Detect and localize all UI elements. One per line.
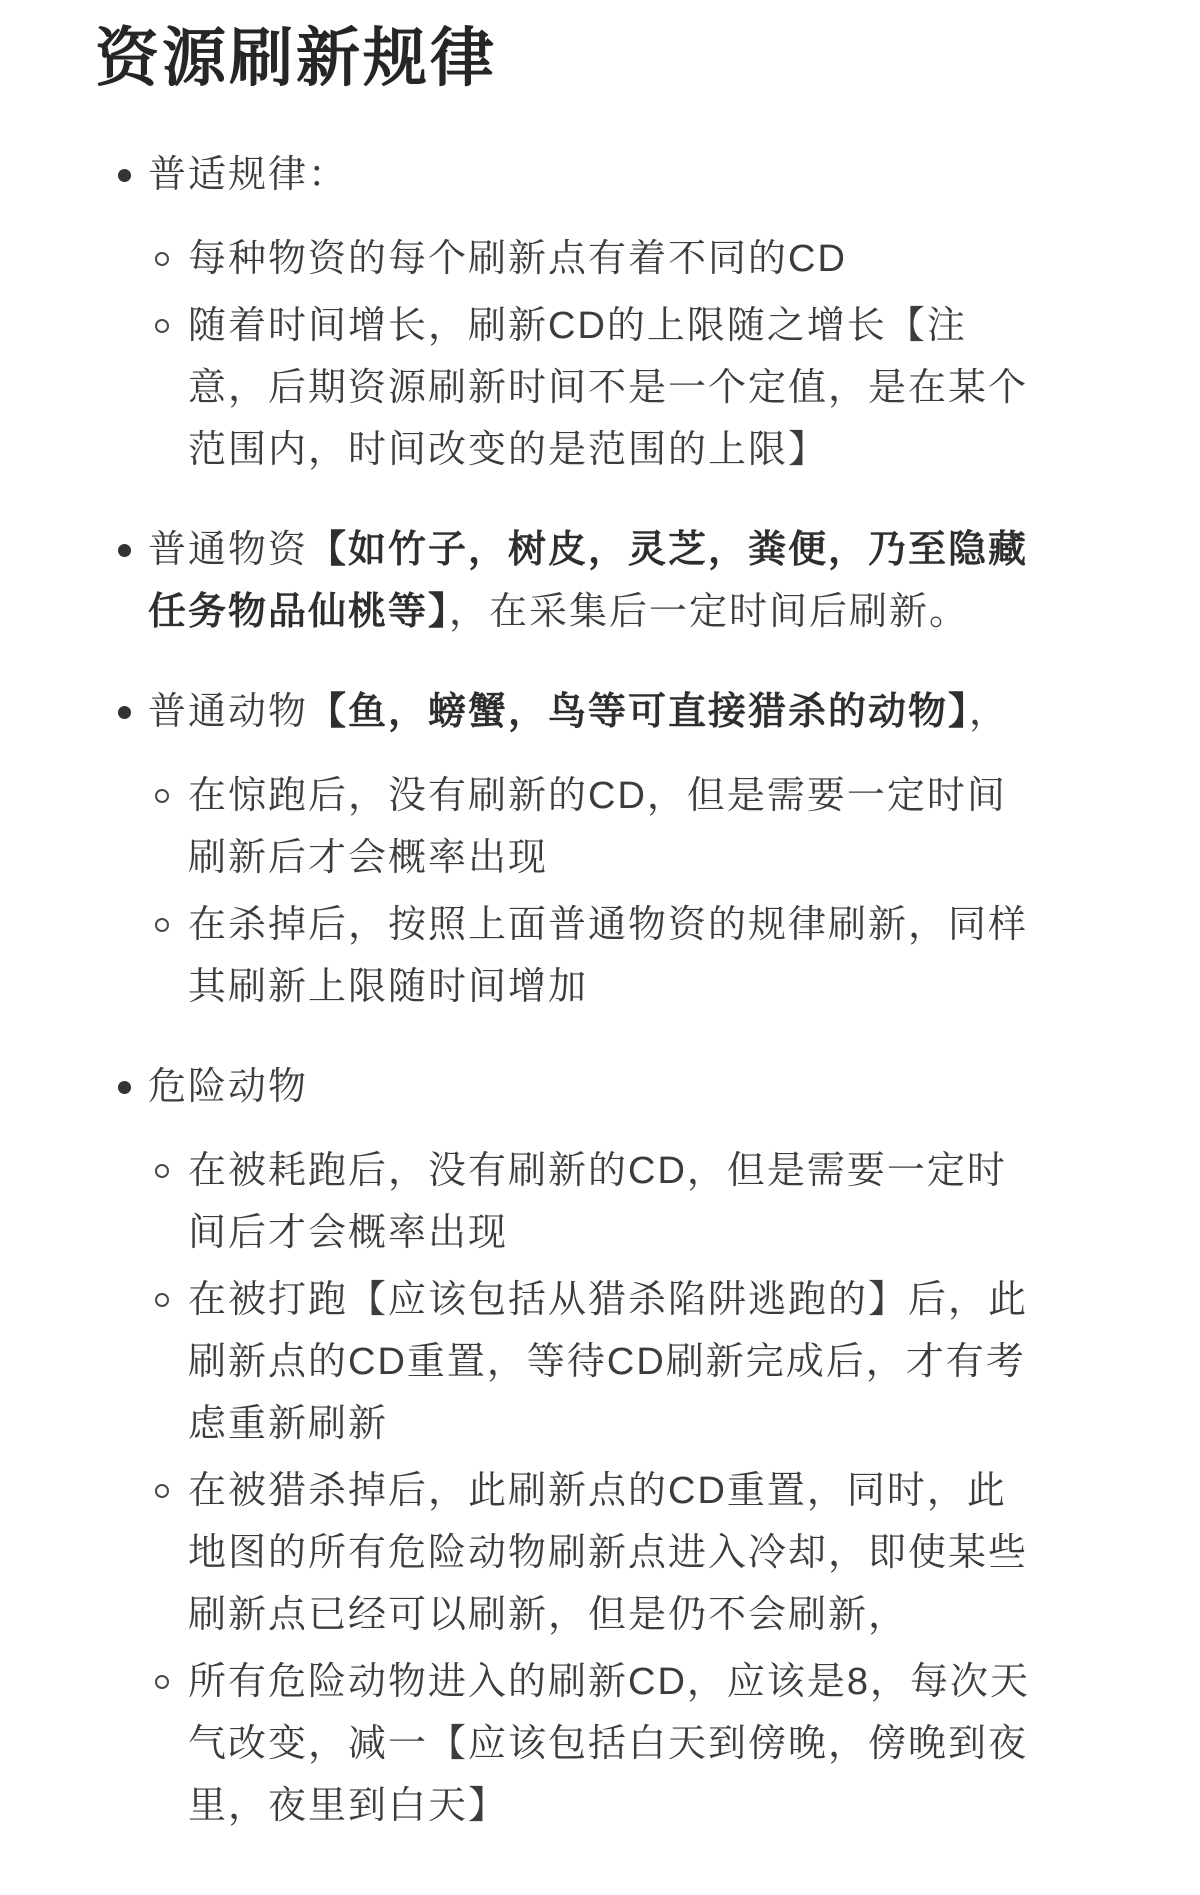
nested-list-item: 随着时间增长，刷新CD的上限随之增长【注 意，后期资源刷新时间不是一个定值，是在… — [95, 295, 1172, 481]
nested-item-text: 每种物资的每个刷新点有着不同的CD — [188, 228, 847, 290]
nested-item-text: 在被猎杀掉后，此刷新点的CD重置，同时，此 地图的所有危险动物刷新点进入冷却，即… — [188, 1460, 1028, 1646]
list-item-normal-animals: 普通动物【鱼，螃蟹，鸟等可直接猎杀的动物】， 在惊跑后，没有刷新的CD，但是需要… — [95, 681, 1172, 1018]
nested-list: 在被耗跑后，没有刷新的CD，但是需要一定时 间后才会概率出现 在被打跑【应该包括… — [95, 1140, 1172, 1837]
nested-item-text: 在惊跑后，没有刷新的CD，但是需要一定时间 刷新后才会概率出现 — [188, 765, 1007, 889]
nested-item-text: 在被耗跑后，没有刷新的CD，但是需要一定时 间后才会概率出现 — [188, 1140, 1007, 1264]
list-item-dangerous-animals: 危险动物 在被耗跑后，没有刷新的CD，但是需要一定时 间后才会概率出现 在被打跑… — [95, 1056, 1172, 1837]
disc-bullet-icon — [118, 1081, 131, 1094]
nested-list: 在惊跑后，没有刷新的CD，但是需要一定时间 刷新后才会概率出现 在杀掉后，按照上… — [95, 765, 1172, 1018]
list-row: 危险动物 — [95, 1056, 1172, 1118]
nested-item-text: 在杀掉后，按照上面普通物资的规律刷新，同样 其刷新上限随时间增加 — [188, 894, 1028, 1018]
nested-list-item: 在杀掉后，按照上面普通物资的规律刷新，同样 其刷新上限随时间增加 — [95, 894, 1172, 1018]
nested-list-item: 在被猎杀掉后，此刷新点的CD重置，同时，此 地图的所有危险动物刷新点进入冷却，即… — [95, 1460, 1172, 1646]
bold-text-segment: 【鱼，螃蟹，鸟等可直接猎杀的动物】 — [308, 691, 969, 733]
nested-item-text: 在被打跑【应该包括从猎杀陷阱逃跑的】后，此 刷新点的CD重置，等待CD刷新完成后… — [188, 1269, 1028, 1455]
circle-bullet-icon — [155, 1293, 169, 1307]
list-row: 普适规律： — [95, 144, 1172, 206]
text-segment: ， — [969, 691, 1009, 733]
disc-bullet-icon — [118, 544, 131, 557]
disc-bullet-icon — [118, 169, 131, 182]
circle-bullet-icon — [155, 1675, 169, 1689]
nested-item-text: 随着时间增长，刷新CD的上限随之增长【注 意，后期资源刷新时间不是一个定值，是在… — [188, 295, 1028, 481]
circle-bullet-icon — [155, 319, 169, 333]
nested-list-item: 在惊跑后，没有刷新的CD，但是需要一定时间 刷新后才会概率出现 — [95, 765, 1172, 889]
document-page: 资源刷新规律 普适规律： 每种物资的每个刷新点有着不同的CD 随着时间增长，刷新… — [0, 0, 1200, 1895]
list-row: 普通动物【鱼，螃蟹，鸟等可直接猎杀的动物】， — [95, 681, 1172, 743]
circle-bullet-icon — [155, 1164, 169, 1178]
circle-bullet-icon — [155, 1484, 169, 1498]
list-item-text: 普通动物【鱼，螃蟹，鸟等可直接猎杀的动物】， — [148, 681, 1009, 743]
disc-bullet-icon — [118, 706, 131, 719]
nested-list-item: 在被打跑【应该包括从猎杀陷阱逃跑的】后，此 刷新点的CD重置，等待CD刷新完成后… — [95, 1269, 1172, 1455]
list-item-normal-resources: 普通物资【如竹子，树皮，灵芝，粪便，乃至隐藏 任务物品仙桃等】，在采集后一定时间… — [95, 519, 1172, 643]
list-item-text: 普通物资【如竹子，树皮，灵芝，粪便，乃至隐藏 任务物品仙桃等】，在采集后一定时间… — [148, 519, 1028, 643]
nested-item-text: 所有危险动物进入的刷新CD，应该是8，每次天 气改变，减一【应该包括白天到傍晚，… — [188, 1651, 1030, 1837]
circle-bullet-icon — [155, 918, 169, 932]
nested-list: 每种物资的每个刷新点有着不同的CD 随着时间增长，刷新CD的上限随之增长【注 意… — [95, 228, 1172, 481]
nested-list-item: 所有危险动物进入的刷新CD，应该是8，每次天 气改变，减一【应该包括白天到傍晚，… — [95, 1651, 1172, 1837]
list-row: 普通物资【如竹子，树皮，灵芝，粪便，乃至隐藏 任务物品仙桃等】，在采集后一定时间… — [95, 519, 1172, 643]
page-title: 资源刷新规律 — [95, 18, 1172, 98]
list-item-text: 普适规律： — [148, 144, 348, 206]
text-segment: ，在采集后一定时间后刷新。 — [449, 591, 969, 633]
text-segment: 普通物资 — [148, 529, 308, 571]
nested-list-item: 每种物资的每个刷新点有着不同的CD — [95, 228, 1172, 290]
text-segment: 普通动物 — [148, 691, 308, 733]
circle-bullet-icon — [155, 789, 169, 803]
nested-list-item: 在被耗跑后，没有刷新的CD，但是需要一定时 间后才会概率出现 — [95, 1140, 1172, 1264]
list-item-universal-rules: 普适规律： 每种物资的每个刷新点有着不同的CD 随着时间增长，刷新CD的上限随之… — [95, 144, 1172, 481]
circle-bullet-icon — [155, 252, 169, 266]
list-item-text: 危险动物 — [148, 1056, 308, 1118]
